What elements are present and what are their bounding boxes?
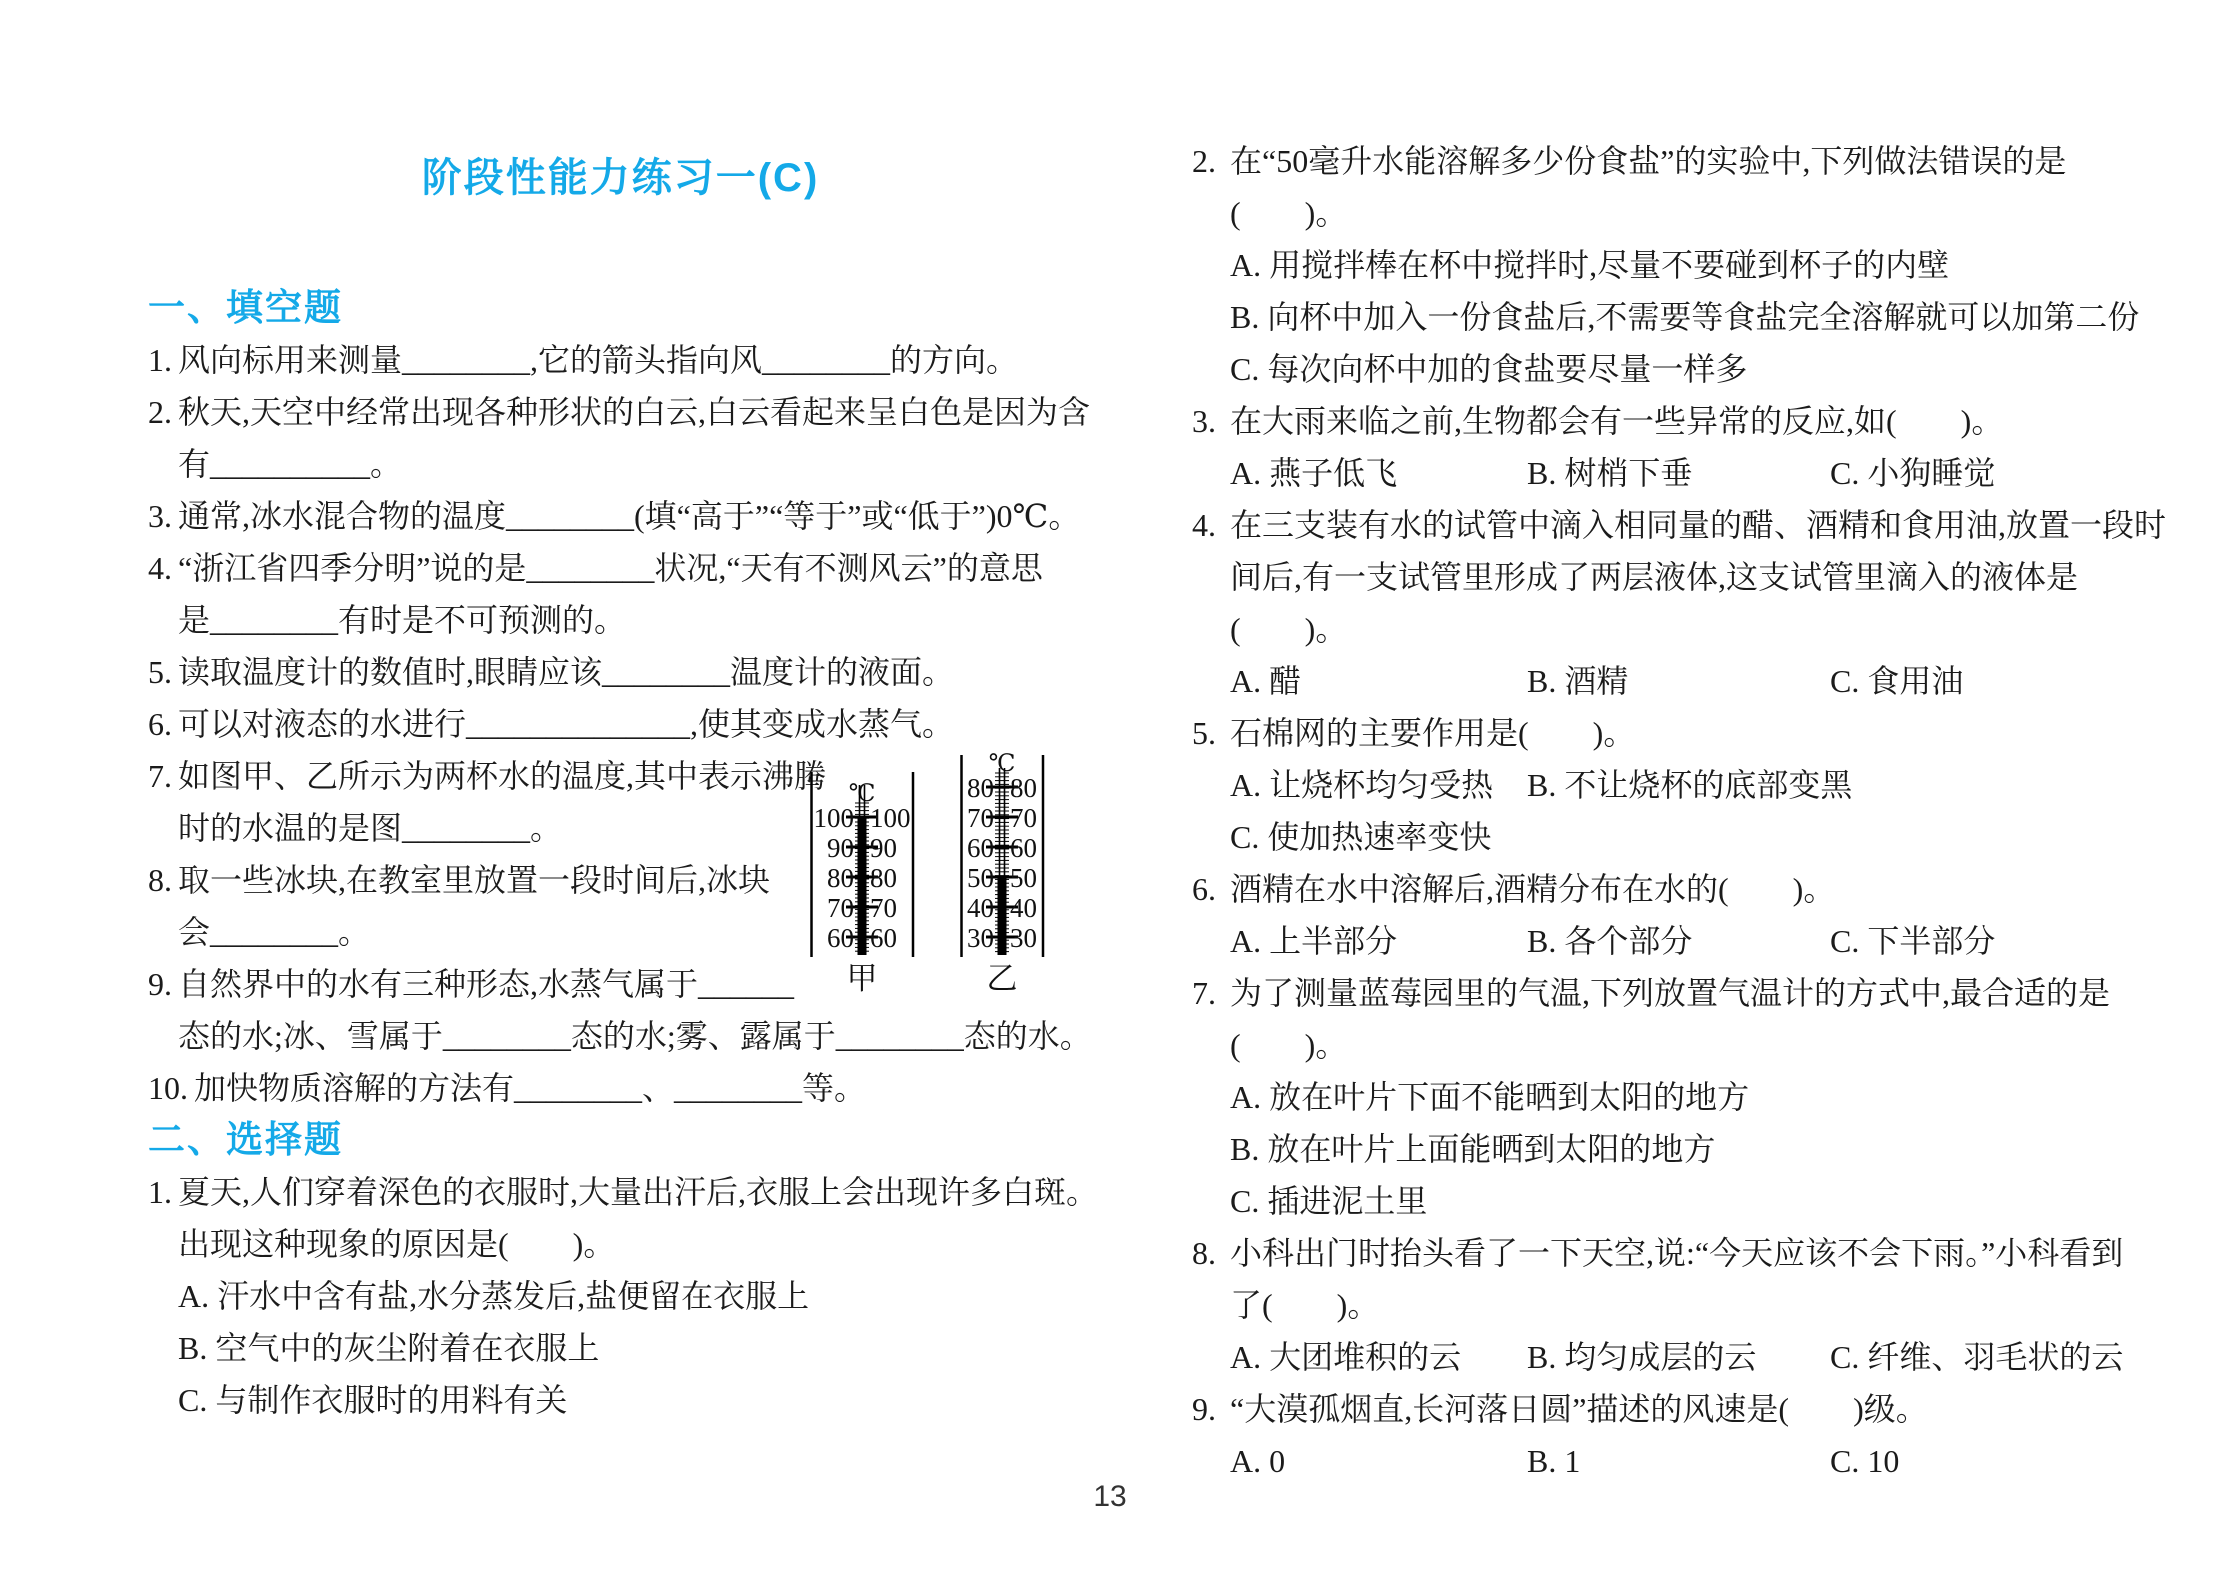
question-body: 小科出门时抬头看了一下天空,说:“今天应该不会下雨。”小科看到 了( )。 A.… bbox=[1230, 1227, 2152, 1383]
svg-text:70: 70 bbox=[967, 803, 994, 833]
svg-text:40: 40 bbox=[1010, 893, 1037, 923]
choice-question-3: 3. 在大雨来临之前,生物都会有一些异常的反应,如( )。 A. 燕子低飞 B.… bbox=[1192, 395, 2152, 499]
question-number: 5. bbox=[148, 646, 178, 698]
option-b: B. 树梢下垂 bbox=[1527, 447, 1822, 499]
option-b: B. 酒精 bbox=[1527, 655, 1822, 707]
worksheet-page: 阶段性能力练习一(C) 一、填空题 1. 风向标用来测量________,它的箭… bbox=[0, 0, 2220, 1571]
option-b: B. 各个部分 bbox=[1527, 915, 1822, 967]
question-number: 3. bbox=[1192, 395, 1230, 499]
option-a: A. 上半部分 bbox=[1230, 915, 1519, 967]
option-a: A. 大团堆积的云 bbox=[1230, 1331, 1519, 1383]
question-line: 有__________。 bbox=[178, 438, 1093, 490]
question-body: 在三支装有水的试管中滴入相同量的醋、酒精和食用油,放置一段时 间后,有一支试管里… bbox=[1230, 499, 2152, 707]
fill-question-4: 4. “浙江省四季分明”说的是________状况,“天有不测风云”的意思 是_… bbox=[148, 542, 1093, 646]
thermometer-figure: ℃1001009090808070706060甲℃808070706060505… bbox=[810, 748, 1055, 998]
question-number: 6. bbox=[148, 698, 178, 750]
question-body: 加快物质溶解的方法有________、________等。 bbox=[194, 1062, 1093, 1114]
svg-text:30: 30 bbox=[967, 923, 994, 953]
question-body: 读取温度计的数值时,眼睛应该________温度计的液面。 bbox=[178, 646, 1093, 698]
option-a: A. 汗水中含有盐,水分蒸发后,盐便留在衣服上 bbox=[178, 1270, 1093, 1322]
svg-text:60: 60 bbox=[870, 923, 897, 953]
question-number: 1. bbox=[148, 334, 178, 386]
choice-question-9: 9. “大漠孤烟直,长河落日圆”描述的风速是( )级。 A. 0 B. 1 C.… bbox=[1192, 1383, 2152, 1487]
question-body: 通常,冰水混合物的温度________(填“高于”“等于”或“低于”)0℃。 bbox=[178, 490, 1093, 542]
option-c: C. 下半部分 bbox=[1830, 915, 1995, 967]
svg-text:40: 40 bbox=[967, 893, 994, 923]
question-line: 秋天,天空中经常出现各种形状的白云,白云看起来呈白色是因为含 bbox=[178, 386, 1093, 438]
fill-question-5: 5. 读取温度计的数值时,眼睛应该________温度计的液面。 bbox=[148, 646, 1093, 698]
question-number: 8. bbox=[1192, 1227, 1230, 1383]
question-line: 读取温度计的数值时,眼睛应该________温度计的液面。 bbox=[178, 646, 1093, 698]
question-body: 为了测量蓝莓园里的气温,下列放置气温计的方式中,最合适的是 ( )。 A. 放在… bbox=[1230, 967, 2152, 1227]
question-line: 可以对液态的水进行______________,使其变成水蒸气。 bbox=[178, 698, 1093, 750]
option-c: C. 小狗睡觉 bbox=[1830, 447, 1995, 499]
question-number: 4. bbox=[1192, 499, 1230, 707]
question-body: 酒精在水中溶解后,酒精分布在水的( )。 A. 上半部分 B. 各个部分 C. … bbox=[1230, 863, 2152, 967]
question-line: 通常,冰水混合物的温度________(填“高于”“等于”或“低于”)0℃。 bbox=[178, 490, 1093, 542]
question-line: 加快物质溶解的方法有________、________等。 bbox=[194, 1062, 1093, 1114]
svg-text:70: 70 bbox=[827, 893, 854, 923]
svg-text:乙: 乙 bbox=[987, 961, 1018, 996]
choice-question-7: 7. 为了测量蓝莓园里的气温,下列放置气温计的方式中,最合适的是 ( )。 A.… bbox=[1192, 967, 2152, 1227]
question-line: 小科出门时抬头看了一下天空,说:“今天应该不会下雨。”小科看到 bbox=[1230, 1227, 2152, 1279]
question-body: 可以对液态的水进行______________,使其变成水蒸气。 bbox=[178, 698, 1093, 750]
svg-text:100: 100 bbox=[870, 803, 911, 833]
question-number: 4. bbox=[148, 542, 178, 646]
svg-text:80: 80 bbox=[967, 773, 994, 803]
option-a: A. 让烧杯均匀受热 bbox=[1230, 759, 1519, 811]
fill-question-2: 2. 秋天,天空中经常出现各种形状的白云,白云看起来呈白色是因为含 有_____… bbox=[148, 386, 1093, 490]
question-number: 5. bbox=[1192, 707, 1230, 863]
option-b: B. 均匀成层的云 bbox=[1527, 1331, 1822, 1383]
options-row: A. 醋 B. 酒精 C. 食用油 bbox=[1230, 655, 2152, 707]
right-column: 2. 在“50毫升水能溶解多少份食盐”的实验中,下列做法错误的是 ( )。 A.… bbox=[1192, 135, 2152, 1487]
question-body: 石棉网的主要作用是( )。 A. 让烧杯均匀受热 B. 不让烧杯的底部变黑 C.… bbox=[1230, 707, 2152, 863]
svg-text:70: 70 bbox=[870, 893, 897, 923]
question-line: ( )。 bbox=[1230, 603, 2152, 655]
options-row: A. 大团堆积的云 B. 均匀成层的云 C. 纤维、羽毛状的云 bbox=[1230, 1331, 2152, 1383]
svg-text:30: 30 bbox=[1010, 923, 1037, 953]
svg-text:60: 60 bbox=[827, 923, 854, 953]
svg-text:90: 90 bbox=[827, 833, 854, 863]
question-line: 在大雨来临之前,生物都会有一些异常的反应,如( )。 bbox=[1230, 395, 2152, 447]
question-line: 为了测量蓝莓园里的气温,下列放置气温计的方式中,最合适的是 bbox=[1230, 967, 2152, 1019]
option-b: B. 放在叶片上面能晒到太阳的地方 bbox=[1230, 1123, 2152, 1175]
question-line: 在三支装有水的试管中滴入相同量的醋、酒精和食用油,放置一段时 bbox=[1230, 499, 2152, 551]
section-heading-choice: 二、选择题 bbox=[148, 1114, 1093, 1166]
question-line: “大漠孤烟直,长河落日圆”描述的风速是( )级。 bbox=[1230, 1383, 2152, 1435]
option-c: C. 每次向杯中加的食盐要尽量一样多 bbox=[1230, 343, 2152, 395]
svg-text:50: 50 bbox=[967, 863, 994, 893]
question-body: 夏天,人们穿着深色的衣服时,大量出汗后,衣服上会出现许多白斑。 出现这种现象的原… bbox=[178, 1166, 1093, 1426]
question-number: 8. bbox=[148, 854, 178, 958]
question-line: “浙江省四季分明”说的是________状况,“天有不测风云”的意思 bbox=[178, 542, 1093, 594]
option-a: A. 放在叶片下面不能晒到太阳的地方 bbox=[1230, 1071, 2152, 1123]
options-row: A. 上半部分 B. 各个部分 C. 下半部分 bbox=[1230, 915, 2152, 967]
page-title: 阶段性能力练习一(C) bbox=[148, 150, 1093, 206]
svg-text:80: 80 bbox=[1010, 773, 1037, 803]
question-line: 酒精在水中溶解后,酒精分布在水的( )。 bbox=[1230, 863, 2152, 915]
option-a: A. 燕子低飞 bbox=[1230, 447, 1519, 499]
question-number: 2. bbox=[148, 386, 178, 490]
question-number: 9. bbox=[148, 958, 178, 1062]
svg-text:50: 50 bbox=[1010, 863, 1037, 893]
option-a: A. 醋 bbox=[1230, 655, 1519, 707]
question-body: 在大雨来临之前,生物都会有一些异常的反应,如( )。 A. 燕子低飞 B. 树梢… bbox=[1230, 395, 2152, 499]
svg-text:80: 80 bbox=[827, 863, 854, 893]
option-c: C. 与制作衣服时的用料有关 bbox=[178, 1374, 1093, 1426]
svg-text:80: 80 bbox=[870, 863, 897, 893]
choice-question-5: 5. 石棉网的主要作用是( )。 A. 让烧杯均匀受热 B. 不让烧杯的底部变黑… bbox=[1192, 707, 2152, 863]
question-line: 是________有时是不可预测的。 bbox=[178, 594, 1093, 646]
question-number: 6. bbox=[1192, 863, 1230, 967]
choice-question-8: 8. 小科出门时抬头看了一下天空,说:“今天应该不会下雨。”小科看到 了( )。… bbox=[1192, 1227, 2152, 1383]
option-c: C. 10 bbox=[1830, 1435, 1899, 1487]
question-line: ( )。 bbox=[1230, 1019, 2152, 1071]
question-line: 了( )。 bbox=[1230, 1279, 2152, 1331]
svg-text:60: 60 bbox=[967, 833, 994, 863]
svg-text:100: 100 bbox=[814, 803, 855, 833]
question-line: 态的水;冰、雪属于________态的水;雾、露属于________态的水。 bbox=[178, 1010, 1093, 1062]
fill-question-10: 10. 加快物质溶解的方法有________、________等。 bbox=[148, 1062, 1093, 1114]
options-row: A. 0 B. 1 C. 10 bbox=[1230, 1435, 2152, 1487]
option-b: B. 向杯中加入一份食盐后,不需要等食盐完全溶解就可以加第二份 bbox=[1230, 291, 2152, 343]
choice-question-6: 6. 酒精在水中溶解后,酒精分布在水的( )。 A. 上半部分 B. 各个部分 … bbox=[1192, 863, 2152, 967]
question-body: 风向标用来测量________,它的箭头指向风________的方向。 bbox=[178, 334, 1093, 386]
question-number: 7. bbox=[148, 750, 178, 854]
option-a: A. 用搅拌棒在杯中搅拌时,尽量不要碰到杯子的内壁 bbox=[1230, 239, 2152, 291]
fill-question-3: 3. 通常,冰水混合物的温度________(填“高于”“等于”或“低于”)0℃… bbox=[148, 490, 1093, 542]
question-body: “浙江省四季分明”说的是________状况,“天有不测风云”的意思 是____… bbox=[178, 542, 1093, 646]
option-c: C. 使加热速率变快 bbox=[1230, 811, 2152, 863]
question-body: 秋天,天空中经常出现各种形状的白云,白云看起来呈白色是因为含 有________… bbox=[178, 386, 1093, 490]
choice-question-2: 2. 在“50毫升水能溶解多少份食盐”的实验中,下列做法错误的是 ( )。 A.… bbox=[1192, 135, 2152, 395]
thermometer-svg: ℃1001009090808070706060甲℃808070706060505… bbox=[810, 748, 1055, 998]
page-number: 13 bbox=[1078, 1480, 1142, 1514]
svg-text:60: 60 bbox=[1010, 833, 1037, 863]
svg-text:甲: 甲 bbox=[847, 961, 878, 996]
fill-question-6: 6. 可以对液态的水进行______________,使其变成水蒸气。 bbox=[148, 698, 1093, 750]
option-c: C. 插进泥土里 bbox=[1230, 1175, 2152, 1227]
question-line: ( )。 bbox=[1230, 187, 2152, 239]
question-number: 2. bbox=[1192, 135, 1230, 395]
option-c: C. 纤维、羽毛状的云 bbox=[1830, 1331, 2123, 1383]
svg-text:70: 70 bbox=[1010, 803, 1037, 833]
question-line: 间后,有一支试管里形成了两层液体,这支试管里滴入的液体是 bbox=[1230, 551, 2152, 603]
question-number: 7. bbox=[1192, 967, 1230, 1227]
option-b: B. 不让烧杯的底部变黑 bbox=[1527, 759, 1852, 811]
question-line: 出现这种现象的原因是( )。 bbox=[178, 1218, 1093, 1270]
question-number: 1. bbox=[148, 1166, 178, 1426]
option-a: A. 0 bbox=[1230, 1435, 1519, 1487]
choice-question-1: 1. 夏天,人们穿着深色的衣服时,大量出汗后,衣服上会出现许多白斑。 出现这种现… bbox=[148, 1166, 1093, 1426]
question-number: 10. bbox=[148, 1062, 194, 1114]
option-c: C. 食用油 bbox=[1830, 655, 1963, 707]
question-line: 在“50毫升水能溶解多少份食盐”的实验中,下列做法错误的是 bbox=[1230, 135, 2152, 187]
question-line: 风向标用来测量________,它的箭头指向风________的方向。 bbox=[178, 334, 1093, 386]
svg-text:90: 90 bbox=[870, 833, 897, 863]
option-b: B. 1 bbox=[1527, 1435, 1822, 1487]
options-row: A. 让烧杯均匀受热 B. 不让烧杯的底部变黑 bbox=[1230, 759, 2152, 811]
choice-question-4: 4. 在三支装有水的试管中滴入相同量的醋、酒精和食用油,放置一段时 间后,有一支… bbox=[1192, 499, 2152, 707]
question-body: 在“50毫升水能溶解多少份食盐”的实验中,下列做法错误的是 ( )。 A. 用搅… bbox=[1230, 135, 2152, 395]
question-line: 夏天,人们穿着深色的衣服时,大量出汗后,衣服上会出现许多白斑。 bbox=[178, 1166, 1093, 1218]
question-line: 石棉网的主要作用是( )。 bbox=[1230, 707, 2152, 759]
question-number: 3. bbox=[148, 490, 178, 542]
left-column: 阶段性能力练习一(C) 一、填空题 1. 风向标用来测量________,它的箭… bbox=[148, 150, 1093, 1426]
fill-question-1: 1. 风向标用来测量________,它的箭头指向风________的方向。 bbox=[148, 334, 1093, 386]
options-row: A. 燕子低飞 B. 树梢下垂 C. 小狗睡觉 bbox=[1230, 447, 2152, 499]
section-heading-fill: 一、填空题 bbox=[148, 282, 1093, 334]
option-b: B. 空气中的灰尘附着在衣服上 bbox=[178, 1322, 1093, 1374]
question-body: “大漠孤烟直,长河落日圆”描述的风速是( )级。 A. 0 B. 1 C. 10 bbox=[1230, 1383, 2152, 1487]
question-number: 9. bbox=[1192, 1383, 1230, 1487]
